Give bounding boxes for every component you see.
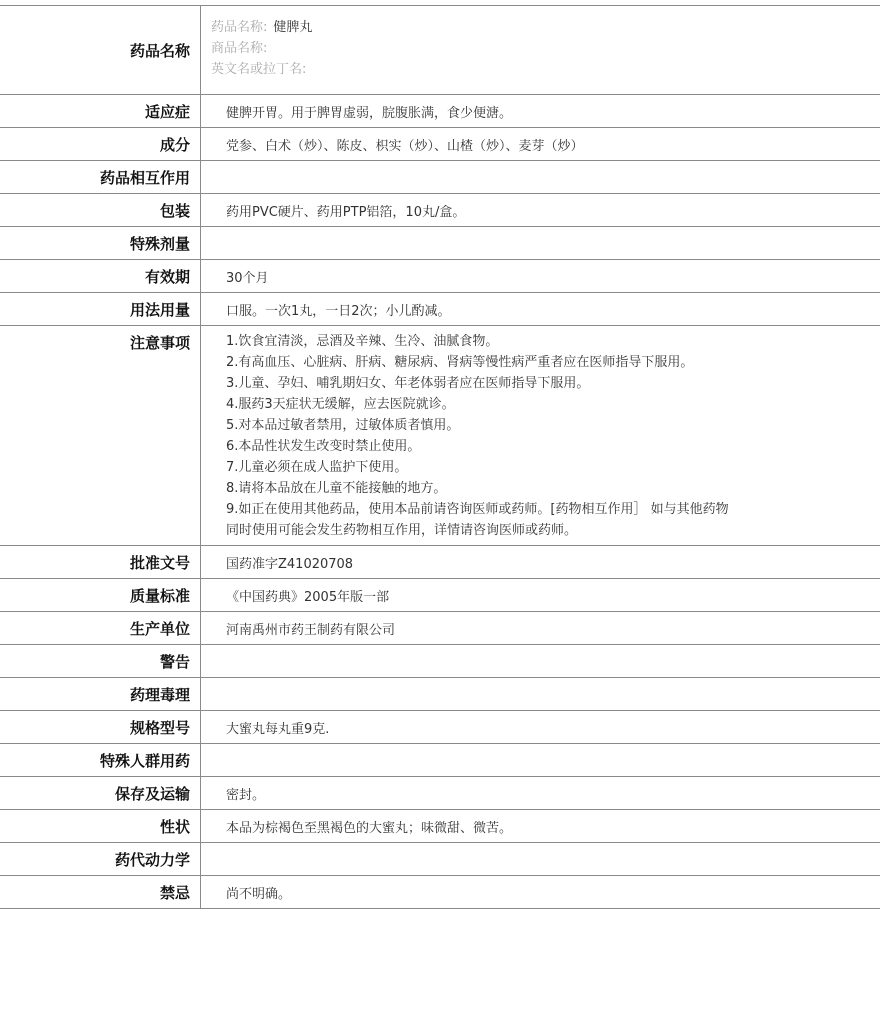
row-value	[201, 678, 880, 711]
row-value	[201, 744, 880, 777]
row-value: 国药准字Z41020708	[201, 546, 880, 579]
row-label: 注意事项	[0, 326, 201, 546]
precaution-item: 8.请将本品放在儿童不能接触的地方。	[226, 478, 880, 499]
precaution-item: 2.有高血压、心脏病、肝病、糖尿病、肾病等慢性病严重者应在医师指导下服用。	[226, 352, 880, 373]
precaution-item: 7.儿童必须在成人监护下使用。	[226, 457, 880, 478]
row-value: 健脾开胃。用于脾胃虚弱，脘腹胀满，食少便溏。	[201, 95, 880, 128]
row-label: 药品名称	[0, 6, 201, 95]
row-label: 性状	[0, 810, 201, 843]
row-special-populations: 特殊人群用药	[0, 744, 880, 777]
generic-name-line: 药品名称:健脾丸	[211, 17, 880, 38]
row-packaging: 包装 药用PVC硬片、药用PTP铝箔，10丸/盒。	[0, 194, 880, 227]
row-drug-interactions: 药品相互作用	[0, 161, 880, 194]
row-label: 禁忌	[0, 876, 201, 909]
trade-name-line: 商品名称:	[211, 38, 880, 59]
row-label: 特殊剂量	[0, 227, 201, 260]
row-value: 尚不明确。	[201, 876, 880, 909]
drug-spec-table: 药品名称 药品名称:健脾丸 商品名称: 英文名或拉丁名: 适应症 健脾开胃。用于…	[0, 5, 880, 909]
row-value	[201, 645, 880, 678]
row-label: 批准文号	[0, 546, 201, 579]
row-value: 口服。一次1丸，一日2次；小儿酌减。	[201, 293, 880, 326]
row-label: 保存及运输	[0, 777, 201, 810]
row-label: 药理毒理	[0, 678, 201, 711]
row-precautions: 注意事项 1.饮食宜清淡，忌酒及辛辣、生冷、油腻食物。 2.有高血压、心脏病、肝…	[0, 326, 880, 546]
row-pharmacokinetics: 药代动力学	[0, 843, 880, 876]
row-value: 河南禹州市药王制药有限公司	[201, 612, 880, 645]
row-label: 规格型号	[0, 711, 201, 744]
precaution-item-continued: 同时使用可能会发生药物相互作用，详情请咨询医师或药师。	[226, 520, 880, 541]
precaution-item: 5.对本品过敏者禁用，过敏体质者慎用。	[226, 415, 880, 436]
row-ingredients: 成分 党参、白术（炒）、陈皮、枳实（炒）、山楂（炒）、麦芽（炒）	[0, 128, 880, 161]
trade-name-label: 商品名称:	[211, 41, 267, 56]
row-special-dosage: 特殊剂量	[0, 227, 880, 260]
row-value: 密封。	[201, 777, 880, 810]
row-shelf-life: 有效期 30个月	[0, 260, 880, 293]
precaution-item: 9.如正在使用其他药品，使用本品前请咨询医师或药师。[药物相互作用］ 如与其他药…	[226, 499, 880, 520]
precaution-item: 4.服药3天症状无缓解，应去医院就诊。	[226, 394, 880, 415]
precautions-list: 1.饮食宜清淡，忌酒及辛辣、生冷、油腻食物。 2.有高血压、心脏病、肝病、糖尿病…	[201, 326, 880, 546]
row-value: 《中国药典》2005年版一部	[201, 579, 880, 612]
row-value: 药用PVC硬片、药用PTP铝箔，10丸/盒。	[201, 194, 880, 227]
row-label: 药代动力学	[0, 843, 201, 876]
row-value	[201, 227, 880, 260]
english-name-label: 英文名或拉丁名:	[211, 62, 306, 77]
row-label: 包装	[0, 194, 201, 227]
row-label: 用法用量	[0, 293, 201, 326]
row-dosage: 用法用量 口服。一次1丸，一日2次；小儿酌减。	[0, 293, 880, 326]
row-value	[201, 843, 880, 876]
row-label: 药品相互作用	[0, 161, 201, 194]
precaution-item: 1.饮食宜清淡，忌酒及辛辣、生冷、油腻食物。	[226, 331, 880, 352]
row-description: 性状 本品为棕褐色至黑褐色的大蜜丸；味微甜、微苦。	[0, 810, 880, 843]
row-pharmacology: 药理毒理	[0, 678, 880, 711]
row-approval-number: 批准文号 国药准字Z41020708	[0, 546, 880, 579]
row-manufacturer: 生产单位 河南禹州市药王制药有限公司	[0, 612, 880, 645]
row-quality-standard: 质量标准 《中国药典》2005年版一部	[0, 579, 880, 612]
precaution-item: 6.本品性状发生改变时禁止使用。	[226, 436, 880, 457]
precaution-item: 3.儿童、孕妇、哺乳期妇女、年老体弱者应在医师指导下服用。	[226, 373, 880, 394]
generic-name-value: 健脾丸	[273, 20, 312, 35]
row-label: 适应症	[0, 95, 201, 128]
row-value: 党参、白术（炒）、陈皮、枳实（炒）、山楂（炒）、麦芽（炒）	[201, 128, 880, 161]
row-warning: 警告	[0, 645, 880, 678]
row-label: 质量标准	[0, 579, 201, 612]
english-name-line: 英文名或拉丁名:	[211, 59, 880, 80]
row-drug-name: 药品名称 药品名称:健脾丸 商品名称: 英文名或拉丁名:	[0, 6, 880, 95]
generic-name-label: 药品名称:	[211, 20, 267, 35]
row-indications: 适应症 健脾开胃。用于脾胃虚弱，脘腹胀满，食少便溏。	[0, 95, 880, 128]
drug-name-values: 药品名称:健脾丸 商品名称: 英文名或拉丁名:	[201, 6, 880, 95]
row-value: 30个月	[201, 260, 880, 293]
row-contraindications: 禁忌 尚不明确。	[0, 876, 880, 909]
row-storage: 保存及运输 密封。	[0, 777, 880, 810]
row-specification: 规格型号 大蜜丸每丸重9克.	[0, 711, 880, 744]
row-value: 本品为棕褐色至黑褐色的大蜜丸；味微甜、微苦。	[201, 810, 880, 843]
row-label: 特殊人群用药	[0, 744, 201, 777]
row-label: 成分	[0, 128, 201, 161]
row-value	[201, 161, 880, 194]
row-label: 生产单位	[0, 612, 201, 645]
row-value: 大蜜丸每丸重9克.	[201, 711, 880, 744]
row-label: 警告	[0, 645, 201, 678]
row-label: 有效期	[0, 260, 201, 293]
